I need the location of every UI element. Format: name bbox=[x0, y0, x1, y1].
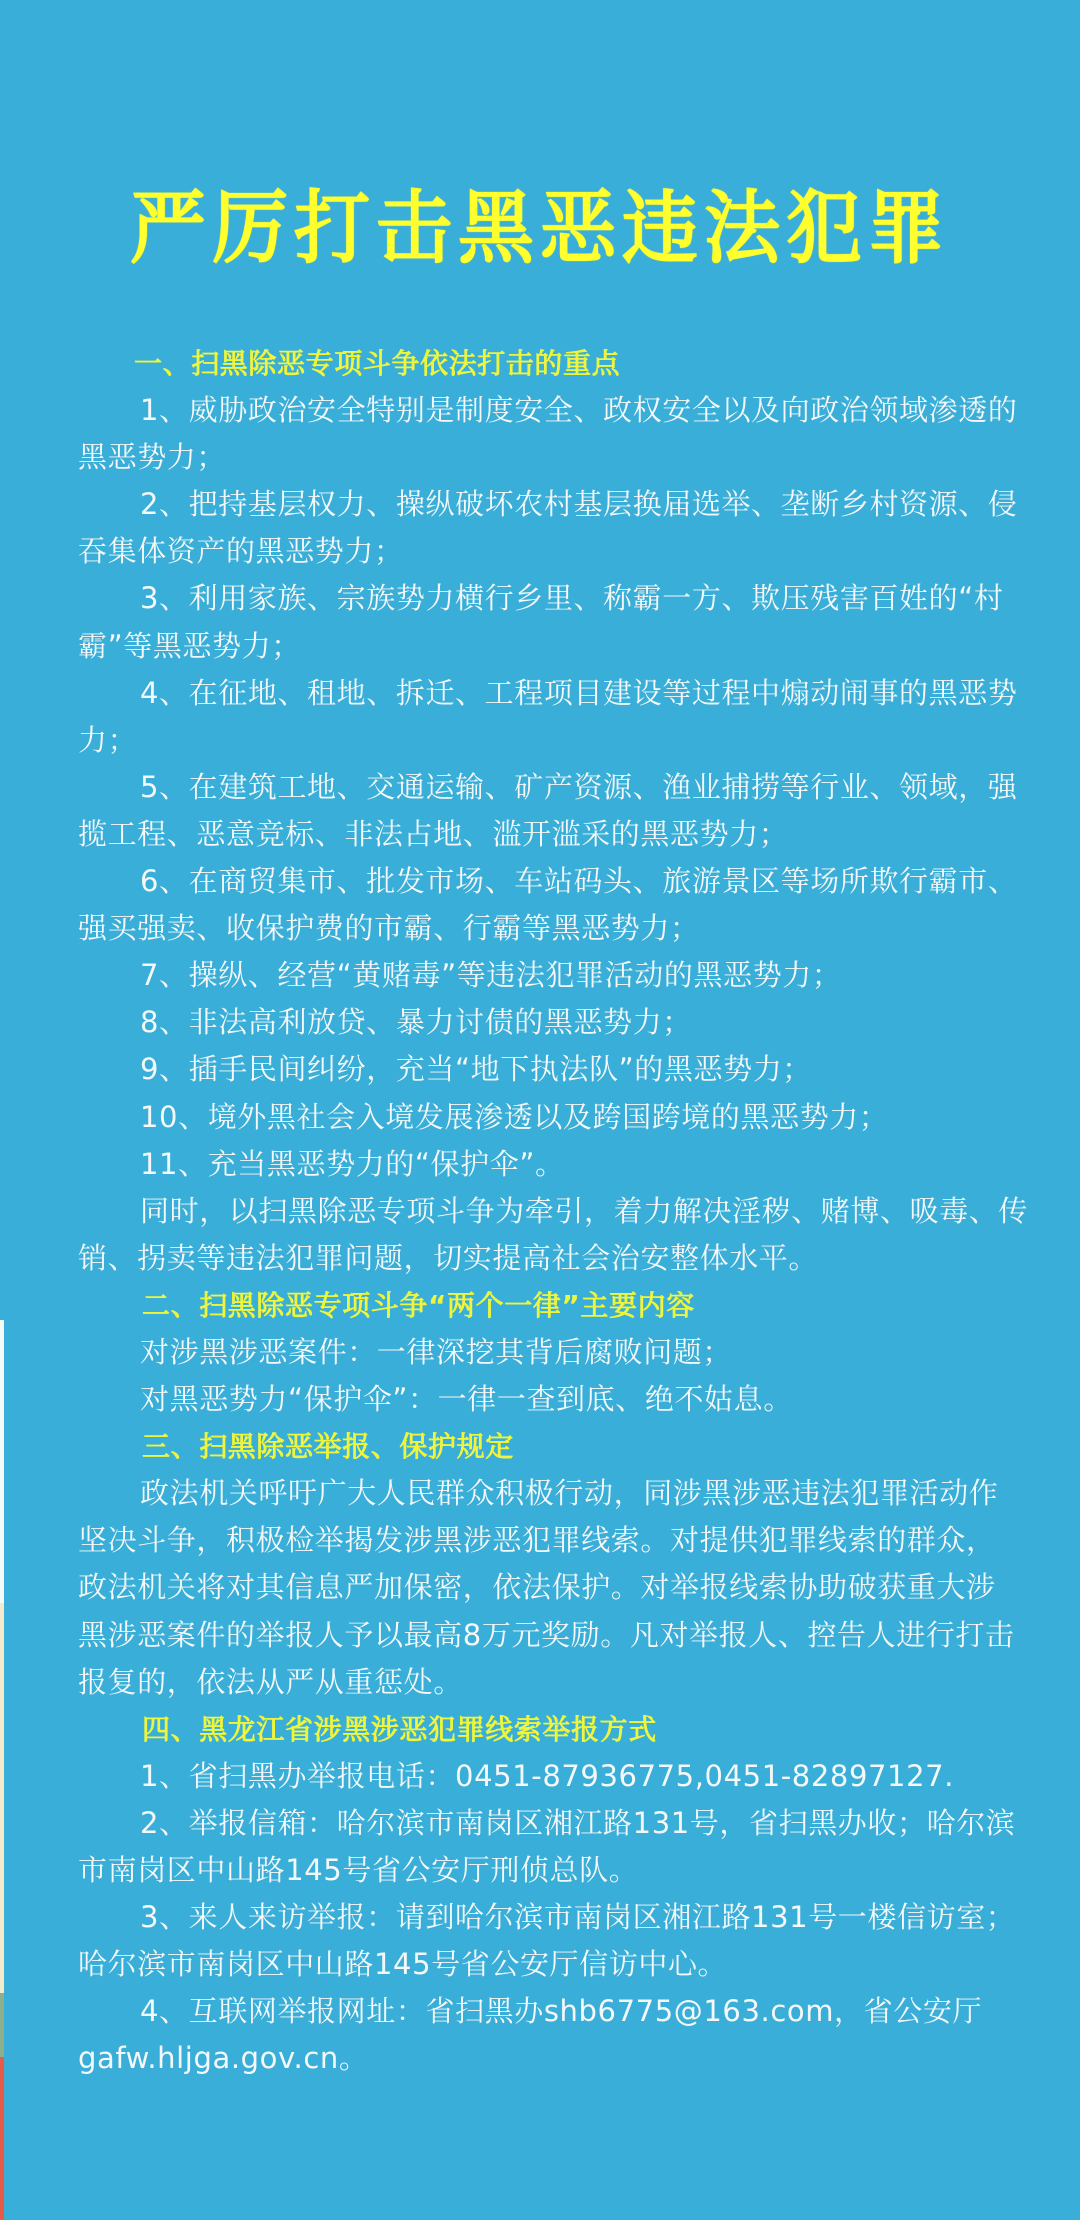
poster-title: 严厉打击黑恶违法犯罪 bbox=[0, 176, 1080, 281]
left-edge-strip-cream bbox=[0, 1603, 4, 1993]
section-heading-2: 二、扫黑除恶专项斗争“两个一律”主要内容 bbox=[78, 1282, 1028, 1329]
item-4-line-2: 力； bbox=[78, 717, 1028, 764]
section-heading-4: 四、黑龙江省涉黑涉恶犯罪线索举报方式 bbox=[78, 1706, 1028, 1753]
report-para-line-3: 政法机关将对其信息严加保密，依法保护。对举报线索协助破获重大涉 bbox=[78, 1564, 1028, 1611]
contact-mailbox-line-2: 市南岗区中山路145号省公安厅刑侦总队。 bbox=[78, 1847, 1028, 1894]
left-edge-strip-white bbox=[0, 1320, 4, 1603]
left-edge-strip-green bbox=[0, 1993, 4, 2057]
summary-line-1: 同时，以扫黑除恶专项斗争为牵引，着力解决淫秽、赌博、吸毒、传 bbox=[78, 1188, 1028, 1235]
summary-line-2: 销、拐卖等违法犯罪问题，切实提高社会治安整体水平。 bbox=[78, 1235, 1028, 1282]
contact-internet-line-2: gafw.hljga.gov.cn。 bbox=[78, 2035, 1028, 2082]
contact-visit-line-2: 哈尔滨市南岗区中山路145号省公安厅信访中心。 bbox=[78, 1941, 1028, 1988]
contact-visit-line-1: 3、来人来访举报：请到哈尔滨市南岗区湘江路131号一楼信访室； bbox=[78, 1894, 1028, 1941]
item-1-line-2: 黑恶势力； bbox=[78, 434, 1028, 481]
item-2-line-1: 2、把持基层权力、操纵破坏农村基层换届选举、垄断乡村资源、侵 bbox=[78, 481, 1028, 528]
left-edge-strip-red bbox=[0, 2057, 4, 2220]
rule-1: 对涉黑涉恶案件：一律深挖其背后腐败问题； bbox=[78, 1329, 1028, 1376]
contact-phone: 1、省扫黑办举报电话：0451-87936775,0451-82897127. bbox=[78, 1753, 1028, 1800]
report-para-line-5: 报复的，依法从严从重惩处。 bbox=[78, 1659, 1028, 1706]
item-3-line-1: 3、利用家族、宗族势力横行乡里、称霸一方、欺压残害百姓的“村 bbox=[78, 575, 1028, 622]
item-9: 9、插手民间纠纷，充当“地下执法队”的黑恶势力； bbox=[78, 1046, 1028, 1093]
contact-mailbox-line-1: 2、举报信箱：哈尔滨市南岗区湘江路131号，省扫黑办收；哈尔滨 bbox=[78, 1800, 1028, 1847]
item-4-line-1: 4、在征地、租地、拆迁、工程项目建设等过程中煽动闹事的黑恶势 bbox=[78, 670, 1028, 717]
item-2-line-2: 吞集体资产的黑恶势力； bbox=[78, 528, 1028, 575]
contact-internet-line-1: 4、互联网举报网址：省扫黑办shb6775@163.com，省公安厅 bbox=[78, 1988, 1028, 2035]
document-body: 一、扫黑除恶专项斗争依法打击的重点 1、威胁政治安全特别是制度安全、政权安全以及… bbox=[78, 340, 1028, 2082]
rule-2: 对黑恶势力“保护伞”：一律一查到底、绝不姑息。 bbox=[78, 1376, 1028, 1423]
item-3-line-2: 霸”等黑恶势力； bbox=[78, 623, 1028, 670]
item-5-line-2: 揽工程、恶意竞标、非法占地、滥开滥采的黑恶势力； bbox=[78, 811, 1028, 858]
report-para-line-4: 黑涉恶案件的举报人予以最高8万元奖励。凡对举报人、控告人进行打击 bbox=[78, 1612, 1028, 1659]
section-heading-1: 一、扫黑除恶专项斗争依法打击的重点 bbox=[78, 340, 1028, 387]
item-6-line-1: 6、在商贸集市、批发市场、车站码头、旅游景区等场所欺行霸市、 bbox=[78, 858, 1028, 905]
item-6-line-2: 强买强卖、收保护费的市霸、行霸等黑恶势力； bbox=[78, 905, 1028, 952]
item-10: 10、境外黑社会入境发展渗透以及跨国跨境的黑恶势力； bbox=[78, 1094, 1028, 1141]
report-para-line-2: 坚决斗争，积极检举揭发涉黑涉恶犯罪线索。对提供犯罪线索的群众， bbox=[78, 1517, 1028, 1564]
item-8: 8、非法高利放贷、暴力讨债的黑恶势力； bbox=[78, 999, 1028, 1046]
item-11: 11、充当黑恶势力的“保护伞”。 bbox=[78, 1141, 1028, 1188]
report-para-line-1: 政法机关呼吁广大人民群众积极行动，同涉黑涉恶违法犯罪活动作 bbox=[78, 1470, 1028, 1517]
item-1-line-1: 1、威胁政治安全特别是制度安全、政权安全以及向政治领域渗透的 bbox=[78, 387, 1028, 434]
section-heading-3: 三、扫黑除恶举报、保护规定 bbox=[78, 1423, 1028, 1470]
item-5-line-1: 5、在建筑工地、交通运输、矿产资源、渔业捕捞等行业、领域，强 bbox=[78, 764, 1028, 811]
item-7: 7、操纵、经营“黄赌毒”等违法犯罪活动的黑恶势力； bbox=[78, 952, 1028, 999]
